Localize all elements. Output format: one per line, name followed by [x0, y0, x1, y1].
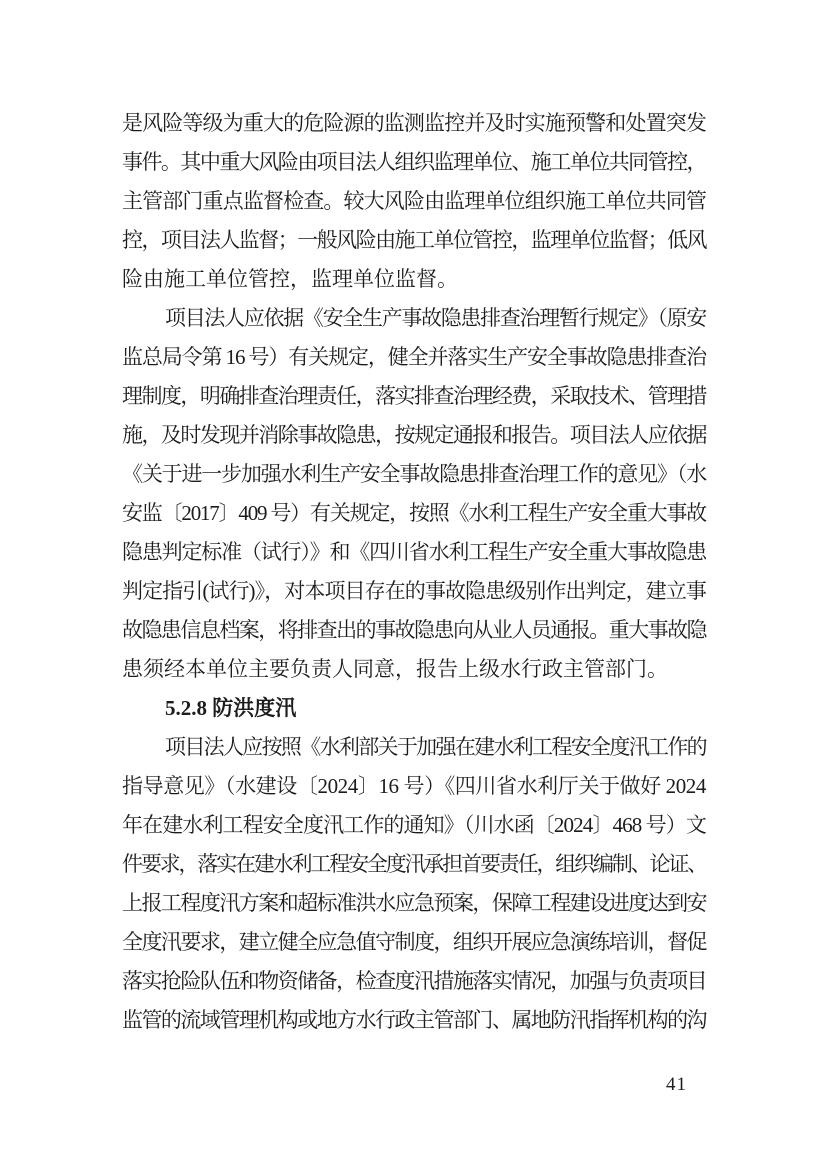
text-line-content: 隐患判定标准（试行）》和《四川省水利工程生产安全重大事故隐患: [122, 540, 706, 564]
text-line: 年在建水利工程安全度汛工作的通知》（川水函〔2024〕468 号）文: [122, 806, 706, 845]
text-line-content: 理制度，明确排查治理责任，落实排查治理经费，采取技术、管理措: [122, 384, 706, 408]
text-line: 是风险等级为重大的危险源的监测监控并及时实施预警和处置突发: [122, 104, 706, 143]
text-line-content: 是风险等级为重大的危险源的监测监控并及时实施预警和处置突发: [122, 111, 706, 135]
text-line: 件要求，落实在建水利工程安全度汛承担首要责任，组织编制、论证、: [122, 845, 706, 884]
text-line: 患须经本单位主要负责人同意，报告上级水行政主管部门。: [122, 650, 706, 689]
text-line: 上报工程度汛方案和超标准洪水应急预案，保障工程建设进度达到安: [122, 884, 706, 923]
document-page: 是风险等级为重大的危险源的监测监控并及时实施预警和处置突发事件。其中重大风险由项…: [0, 0, 826, 1169]
text-line-content: 判定指引(试行)》，对本项目存在的事故隐患级别作出判定，建立事: [122, 579, 706, 603]
page-number: 41: [666, 1074, 687, 1096]
risk-grade-control-paragraph: 是风险等级为重大的危险源的监测监控并及时实施预警和处置突发事件。其中重大风险由项…: [122, 104, 706, 299]
text-line-content: 件要求，落实在建水利工程安全度汛承担首要责任，组织编制、论证、: [122, 852, 706, 876]
text-line: 安监〔2017〕409 号）有关规定，按照《水利工程生产安全重大事故: [122, 494, 706, 533]
text-line: 项目法人应按照《水利部关于加强在建水利工程安全度汛工作的: [122, 728, 706, 767]
text-line: 《关于进一步加强水利生产安全事故隐患排查治理工作的意见》（水: [122, 455, 706, 494]
text-line-content: 控，项目法人监督；一般风险由施工单位管控，监理单位监督；低风: [122, 228, 706, 252]
text-line: 指导意见》（水建设〔2024〕16 号）《四川省水利厅关于做好 2024: [122, 767, 706, 806]
text-line-content: 上报工程度汛方案和超标准洪水应急预案，保障工程建设进度达到安: [122, 891, 706, 915]
hazard-investigation-paragraph: 项目法人应依据《安全生产事故隐患排查治理暂行规定》（原安监总局令第 16 号）有…: [122, 299, 706, 689]
text-line-content: 项目法人应依据《安全生产事故隐患排查治理暂行规定》（原安: [165, 306, 706, 330]
text-line: 项目法人应依据《安全生产事故隐患排查治理暂行规定》（原安: [122, 299, 706, 338]
text-line: 判定指引(试行)》，对本项目存在的事故隐患级别作出判定，建立事: [122, 572, 706, 611]
text-line: 5.2.8 防洪度汛: [122, 689, 706, 728]
text-line-content: 年在建水利工程安全度汛工作的通知》（川水函〔2024〕468 号）文: [122, 813, 706, 837]
text-line-content: 险由施工单位管控，监理单位监督。: [122, 267, 458, 291]
document-body: 是风险等级为重大的危险源的监测监控并及时实施预警和处置突发事件。其中重大风险由项…: [122, 104, 706, 1040]
text-line: 故隐患信息档案，将排查出的事故隐患向从业人员通报。重大事故隐: [122, 611, 706, 650]
text-line-content: 落实抢险队伍和物资储备，检查度汛措施落实情况，加强与负责项目: [122, 969, 706, 993]
section-heading-5-2-8: 5.2.8 防洪度汛: [122, 689, 706, 728]
text-line: 监管的流域管理机构或地方水行政主管部门、属地防汛指挥机构的沟: [122, 1001, 706, 1040]
text-line-content: 故隐患信息档案，将排查出的事故隐患向从业人员通报。重大事故隐: [122, 618, 706, 642]
text-line: 监总局令第 16 号）有关规定，健全并落实生产安全事故隐患排查治: [122, 338, 706, 377]
text-line: 控，项目法人监督；一般风险由施工单位管控，监理单位监督；低风: [122, 221, 706, 260]
flood-season-safety-paragraph: 项目法人应按照《水利部关于加强在建水利工程安全度汛工作的指导意见》（水建设〔20…: [122, 728, 706, 1040]
text-line-content: 全度汛要求，建立健全应急值守制度，组织开展应急演练培训，督促: [122, 930, 706, 954]
text-line-content: 5.2.8 防洪度汛: [165, 696, 296, 720]
text-line: 落实抢险队伍和物资储备，检查度汛措施落实情况，加强与负责项目: [122, 962, 706, 1001]
text-line-content: 监总局令第 16 号）有关规定，健全并落实生产安全事故隐患排查治: [122, 345, 706, 369]
text-line: 理制度，明确排查治理责任，落实排查治理经费，采取技术、管理措: [122, 377, 706, 416]
text-line-content: 安监〔2017〕409 号）有关规定，按照《水利工程生产安全重大事故: [122, 501, 706, 525]
text-line: 施，及时发现并消除事故隐患，按规定通报和报告。项目法人应依据: [122, 416, 706, 455]
text-line: 隐患判定标准（试行）》和《四川省水利工程生产安全重大事故隐患: [122, 533, 706, 572]
text-line-content: 指导意见》（水建设〔2024〕16 号）《四川省水利厅关于做好 2024: [122, 774, 706, 798]
text-line: 事件。其中重大风险由项目法人组织监理单位、施工单位共同管控，: [122, 143, 706, 182]
text-line: 主管部门重点监督检查。较大风险由监理单位组织施工单位共同管: [122, 182, 706, 221]
text-line: 全度汛要求，建立健全应急值守制度，组织开展应急演练培训，督促: [122, 923, 706, 962]
text-line-content: 事件。其中重大风险由项目法人组织监理单位、施工单位共同管控，: [122, 150, 706, 174]
text-line-content: 项目法人应按照《水利部关于加强在建水利工程安全度汛工作的: [165, 735, 706, 759]
text-line: 险由施工单位管控，监理单位监督。: [122, 260, 706, 299]
text-line-content: 主管部门重点监督检查。较大风险由监理单位组织施工单位共同管: [122, 189, 706, 213]
text-line-content: 《关于进一步加强水利生产安全事故隐患排查治理工作的意见》（水: [122, 462, 706, 486]
text-line-content: 监管的流域管理机构或地方水行政主管部门、属地防汛指挥机构的沟: [122, 1008, 706, 1032]
text-line-content: 患须经本单位主要负责人同意，报告上级水行政主管部门。: [122, 657, 668, 681]
text-line-content: 施，及时发现并消除事故隐患，按规定通报和报告。项目法人应依据: [122, 423, 706, 447]
